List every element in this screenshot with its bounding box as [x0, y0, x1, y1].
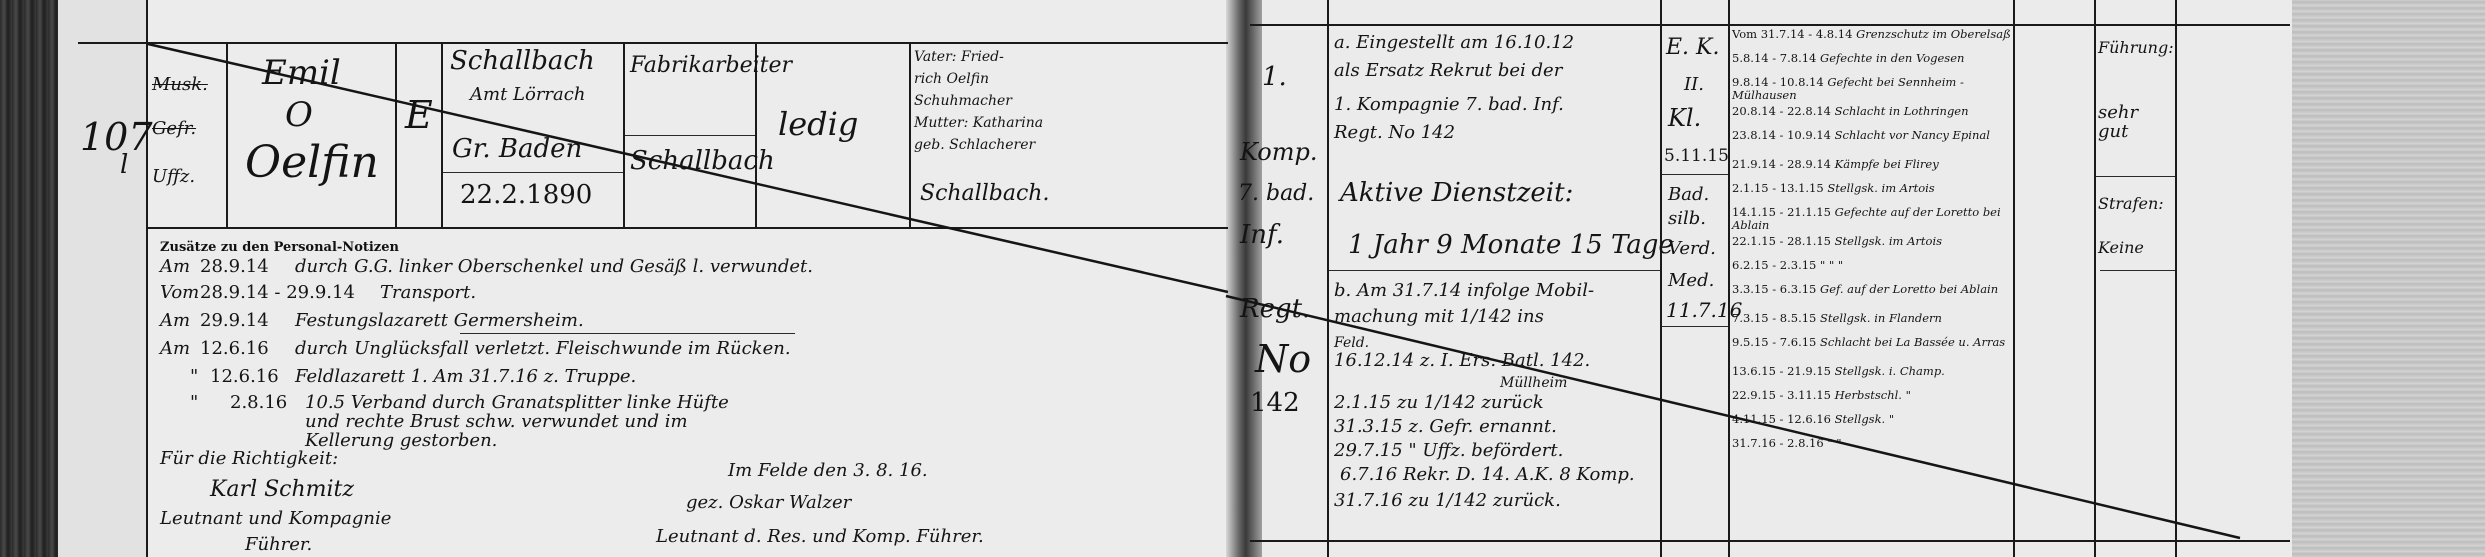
cancellation-diagonal [0, 0, 2485, 557]
